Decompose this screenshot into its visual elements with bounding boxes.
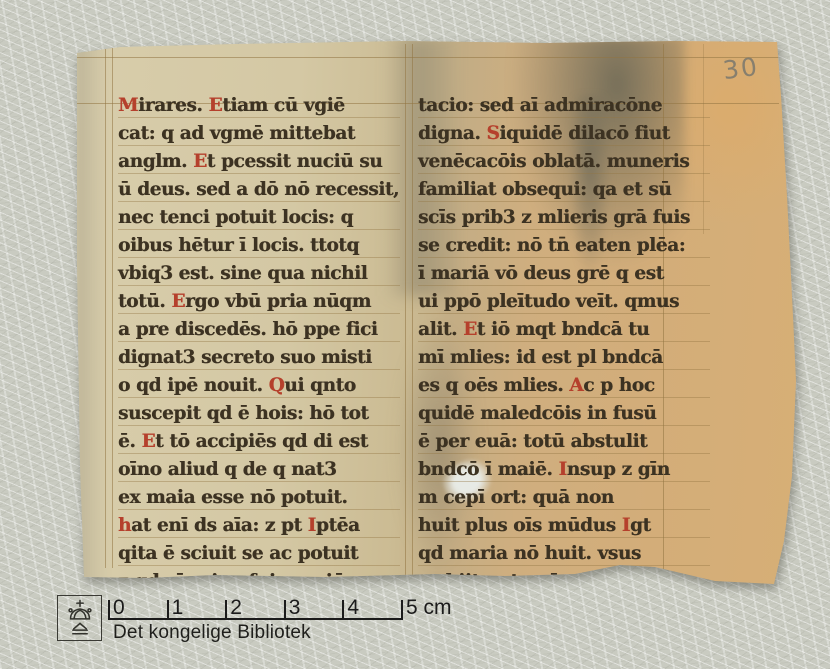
manuscript-line: ē per euā: totū abstulit (418, 428, 710, 456)
ruler-tick-label: 5 cm (406, 596, 452, 620)
manuscript-line: Mirares. Etiam cū vgiē (118, 92, 400, 120)
ruler-tick: 1 (167, 600, 169, 620)
rubric-initial: E (208, 95, 222, 116)
ink-text: gt (630, 515, 651, 536)
ink-text: irares. (138, 95, 208, 116)
ink-text: z qd aīa sine fui omniū (118, 571, 345, 592)
manuscript-line: ex maia esse nō potuit. (118, 484, 400, 512)
ink-text: ī mariā vō deus grē q est (418, 263, 664, 284)
rubric-initial: E (141, 431, 155, 452)
ink-text: totū. (118, 291, 171, 312)
ink-text: at enī ds aīa: z pt (131, 515, 308, 536)
manuscript-line: dignat3 secreto suo misti (118, 344, 400, 372)
ink-text: oibus hētur ī locis. ttotq (118, 235, 359, 256)
manuscript-line: m cepī ort: quā non (418, 484, 710, 512)
ink-text: t tō accipiēs qd di est (155, 431, 368, 452)
ink-text: a pre discedēs. hō ppe fici (118, 319, 378, 340)
ink-text: tiam cū vgiē (222, 95, 344, 116)
scale-bar: 012345 cm Det kongelige Bibliotek (57, 595, 797, 659)
manuscript-line: anglm. Et pcessit nuciū su (118, 148, 400, 176)
ink-text: dignat3 secreto suo misti (118, 347, 372, 368)
rubric-initial: I (308, 515, 316, 536)
ink-text: bndcō ī maiē. (418, 459, 558, 480)
rubric-initial: E (171, 291, 185, 312)
ink-text: se credit: nō tn̄ eaten plēa: (418, 235, 685, 256)
ink-text: oīno aliud q de q nat3 (118, 459, 336, 480)
ink-text: ē. (118, 431, 141, 452)
ink-text: scīs prib3 z mlieris grā fuis (418, 207, 690, 228)
ruler-tick-label: 0 (113, 596, 125, 620)
ink-text: vbiq3 est. sine qua nichil (118, 263, 367, 284)
rubric-initial: I (622, 515, 630, 536)
manuscript-line: se credit: nō tn̄ eaten plēa: (418, 232, 710, 260)
rubric-initial: I (558, 459, 566, 480)
rubric-initial: E (193, 151, 207, 172)
ink-text: es q oēs mlies. (418, 375, 569, 396)
ink-text: nsup z gīn (567, 459, 670, 480)
ink-text: tacio: sed aī admiracōne (418, 95, 662, 116)
manuscript-line: ui ppō pleītudo veīt. qmus (418, 288, 710, 316)
rubric-initial: A (569, 375, 583, 396)
library-caption: Det kongelige Bibliotek (113, 622, 311, 644)
rubric-initial: Q (269, 375, 285, 396)
ink-text: qita ē sciuit se ac potuit (118, 543, 358, 564)
ink-text: suscepit qd ē hois: hō tot (118, 403, 369, 424)
manuscript-line: huit plus oīs mūdus Igt (418, 512, 710, 540)
ruling-line-vertical-gutter-outer (405, 44, 406, 581)
manuscript-line: scīs prib3 z mlieris grā fuis (418, 204, 710, 232)
ink-text: t pcessit nuciū su (207, 151, 383, 172)
ink-text: o qd ipē nouit. (118, 375, 269, 396)
ruler-tick-label: 3 (289, 596, 301, 620)
ruling-line-vertical-gutter-inner (412, 44, 413, 581)
right-text-column: tacio: sed aī admiracōnedigna. Siquidē d… (418, 92, 710, 596)
ink-text: anglm. (118, 151, 193, 172)
manuscript-line: vbiq3 est. sine qua nichil (118, 260, 400, 288)
ruler-tick-label: 4 (347, 596, 359, 620)
ink-text: cat: q ad vgmē mittebat (118, 123, 355, 144)
manuscript-line: z abiit ante oēs unqua (418, 568, 710, 596)
manuscript-line: totū. Ergo vbū pria nūqm (118, 288, 400, 316)
ink-text: ui qnto (284, 375, 355, 396)
stain-left-edge (75, 36, 107, 590)
rubric-initial: M (118, 95, 138, 116)
ruler-tick-label: 1 (172, 596, 184, 620)
manuscript-line: qd maria nō huit. vsus (418, 540, 710, 568)
ink-text: iquidē dilacō fiut (499, 123, 669, 144)
manuscript-line: qita ē sciuit se ac potuit (118, 540, 400, 568)
manuscript-line: tacio: sed aī admiracōne (418, 92, 710, 120)
manuscript-line: digna. Siquidē dilacō fiut (418, 120, 710, 148)
ruler-tick: 3 (284, 600, 286, 620)
manuscript-line: oīno aliud q de q nat3 (118, 456, 400, 484)
ruling-line-vertical-left-outer (105, 46, 106, 568)
manuscript-line: alit. Et iō mqt bndcā tu (418, 316, 710, 344)
ink-text: ex maia esse nō potuit. (118, 487, 347, 508)
ink-text: ū deus. sed a dō nō recessit, (118, 179, 399, 200)
left-text-column: Mirares. Etiam cū vgiēcat: q ad vgmē mit… (118, 92, 400, 596)
rubric-initial: S (486, 123, 499, 144)
ink-text: digna. (418, 123, 486, 144)
ink-text: huit plus oīs mūdus (418, 515, 622, 536)
ruler-tick: 0 (108, 600, 110, 620)
manuscript-line: bndcō ī maiē. Insup z gīn (418, 456, 710, 484)
ink-text: mī mlies: id est pl bndcā (418, 347, 663, 368)
parchment-leaf: 30 Mirares. Etiam cū vgiēcat: q ad vgmē … (75, 36, 797, 590)
ink-text: familiat obsequi: qa et sū (418, 179, 671, 200)
ink-text: z abiit ante oēs unqua (418, 571, 639, 592)
ink-text: ptēa (316, 515, 360, 536)
manuscript-line: quidē maledcōis in fusū (418, 400, 710, 428)
ruling-line-vertical-left-inner (112, 46, 113, 568)
ink-text: qd maria nō huit. vsus (418, 543, 641, 564)
ruler-tick: 5 cm (401, 600, 403, 620)
ruling-line-horizontal-top (77, 57, 779, 58)
manuscript-line: nec tenci potuit locis: q (118, 204, 400, 232)
ink-text: alit. (418, 319, 463, 340)
ruler-tick: 4 (342, 600, 344, 620)
manuscript-line: hat enī ds aīa: z pt Iptēa (118, 512, 400, 540)
manuscript-line: o qd ipē nouit. Qui qnto (118, 372, 400, 400)
manuscript-line: suscepit qd ē hois: hō tot (118, 400, 400, 428)
manuscript-line: mī mlies: id est pl bndcā (418, 344, 710, 372)
ink-text: m cepī ort: quā non (418, 487, 614, 508)
ruler-tick: 2 (225, 600, 227, 620)
manuscript-line: z qd aīa sine fui omniū (118, 568, 400, 596)
manuscript-line: cat: q ad vgmē mittebat (118, 120, 400, 148)
ink-text: ē per euā: totū abstulit (418, 431, 647, 452)
manuscript-line: ī mariā vō deus grē q est (418, 260, 710, 288)
manuscript-line: venēcacōis oblatā. muneris (418, 148, 710, 176)
manuscript-line: ū deus. sed a dō nō recessit, (118, 176, 400, 204)
manuscript-line: ē. Et tō accipiēs qd di est (118, 428, 400, 456)
ink-text: quidē maledcōis in fusū (418, 403, 656, 424)
ink-text: nec tenci potuit locis: q (118, 207, 353, 228)
ruler-tick-label: 2 (230, 596, 242, 620)
ink-text: rgo vbū pria nūqm (185, 291, 371, 312)
manuscript-line: familiat obsequi: qa et sū (418, 176, 710, 204)
ink-text: t iō mqt bndcā tu (477, 319, 650, 340)
rubric-initial: E (463, 319, 477, 340)
manuscript-fragment: 30 Mirares. Etiam cū vgiēcat: q ad vgmē … (75, 36, 797, 592)
manuscript-line: es q oēs mlies. Ac p hoc (418, 372, 710, 400)
folio-number: 30 (721, 52, 760, 85)
manuscript-line: oibus hētur ī locis. ttotq (118, 232, 400, 260)
ink-text: c p hoc (583, 375, 654, 396)
ink-text: venēcacōis oblatā. muneris (418, 151, 689, 172)
ruler: 012345 cm (57, 595, 797, 625)
ink-text: ui ppō pleītudo veīt. qmus (418, 291, 679, 312)
manuscript-line: a pre discedēs. hō ppe fici (118, 316, 400, 344)
rubric-initial: h (118, 515, 131, 536)
